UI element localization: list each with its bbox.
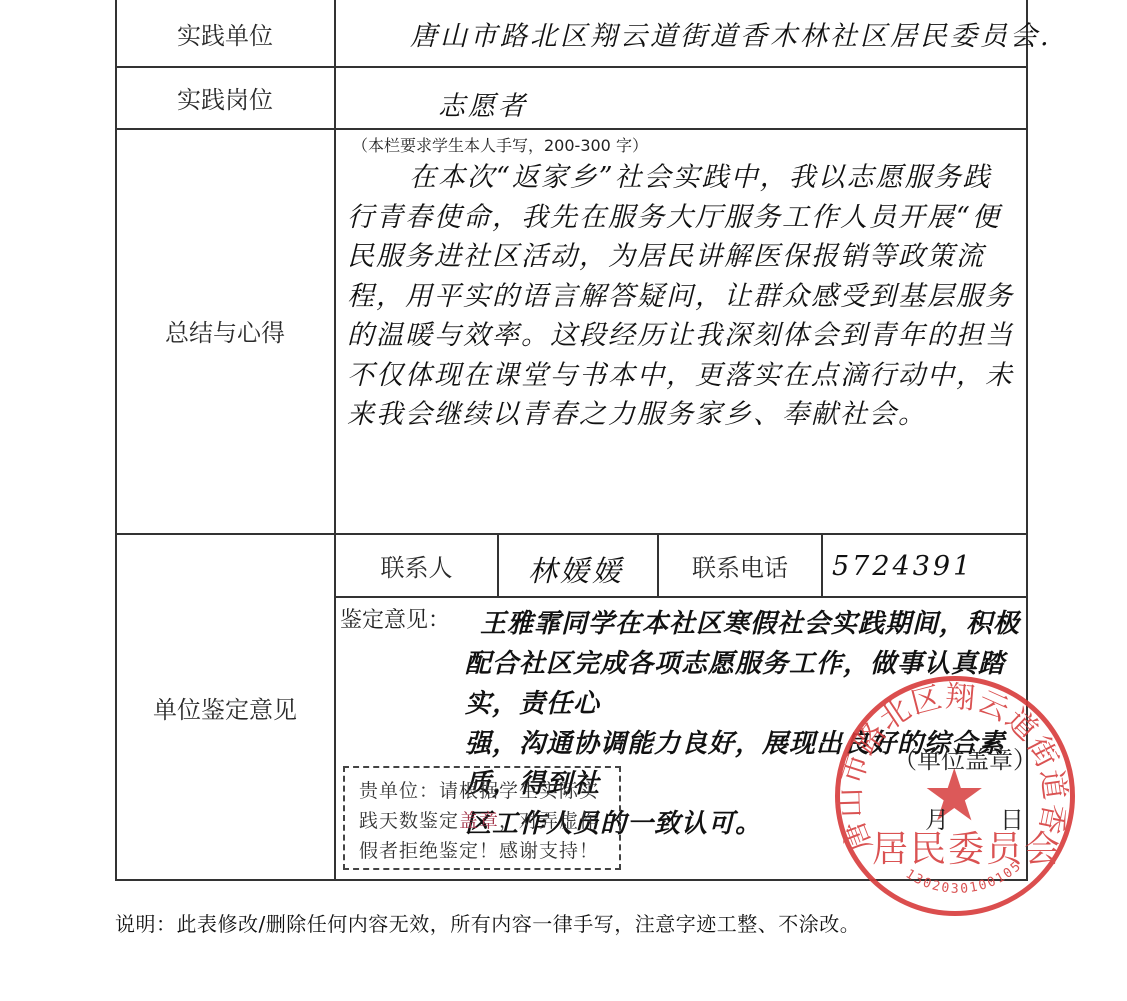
opinion-line: 王雅霏同学在本社区寒假社会实践期间，积极 [480, 609, 1020, 639]
notice-box: 贵单位：请根据学生实际实践天数鉴定盖章，对弄虚作假者拒绝鉴定！感谢支持！ [343, 766, 621, 870]
practice-post-value: 志愿者 [438, 84, 528, 123]
official-seal-stamp: 唐山市路北区翔云道街道香木林社区 1302030100105 ★ 居民委员会 [835, 676, 1075, 916]
footer-instruction: 说明：此表修改/删除任何内容无效，所有内容一律手写，注意字迹工整、不涂改。 [115, 908, 860, 937]
date-day-label: 日 [1000, 800, 1024, 835]
date-month-label: 月 [925, 800, 949, 835]
contact-phone-label: 联系电话 [658, 533, 822, 597]
practice-unit-value: 唐山市路北区翔云道街道香木林社区居民委员会. [410, 14, 1052, 53]
practice-unit-label: 实践单位 [115, 0, 335, 66]
unit-evaluation-label: 单位鉴定意见 [115, 533, 335, 881]
seal-label: （单位盖章） [893, 740, 1037, 775]
seal-bottom-text: 居民委员会 [872, 821, 1062, 872]
contact-person-label: 联系人 [335, 533, 498, 597]
contact-phone-value: 5724391 [832, 551, 973, 582]
contact-person-value: 林媛媛 [528, 549, 624, 590]
summary-label: 总结与心得 [115, 128, 335, 533]
practice-post-label: 实践岗位 [115, 66, 335, 128]
notice-highlight: 盖章 [459, 810, 499, 832]
summary-handwritten-text: 在本次“返家乡”社会实践中，我以志愿服务践行青春使命，我先在服务大厅服务工作人员… [347, 158, 1017, 435]
summary-instruction: （本栏要求学生本人手写，200-300 字） [352, 133, 648, 156]
